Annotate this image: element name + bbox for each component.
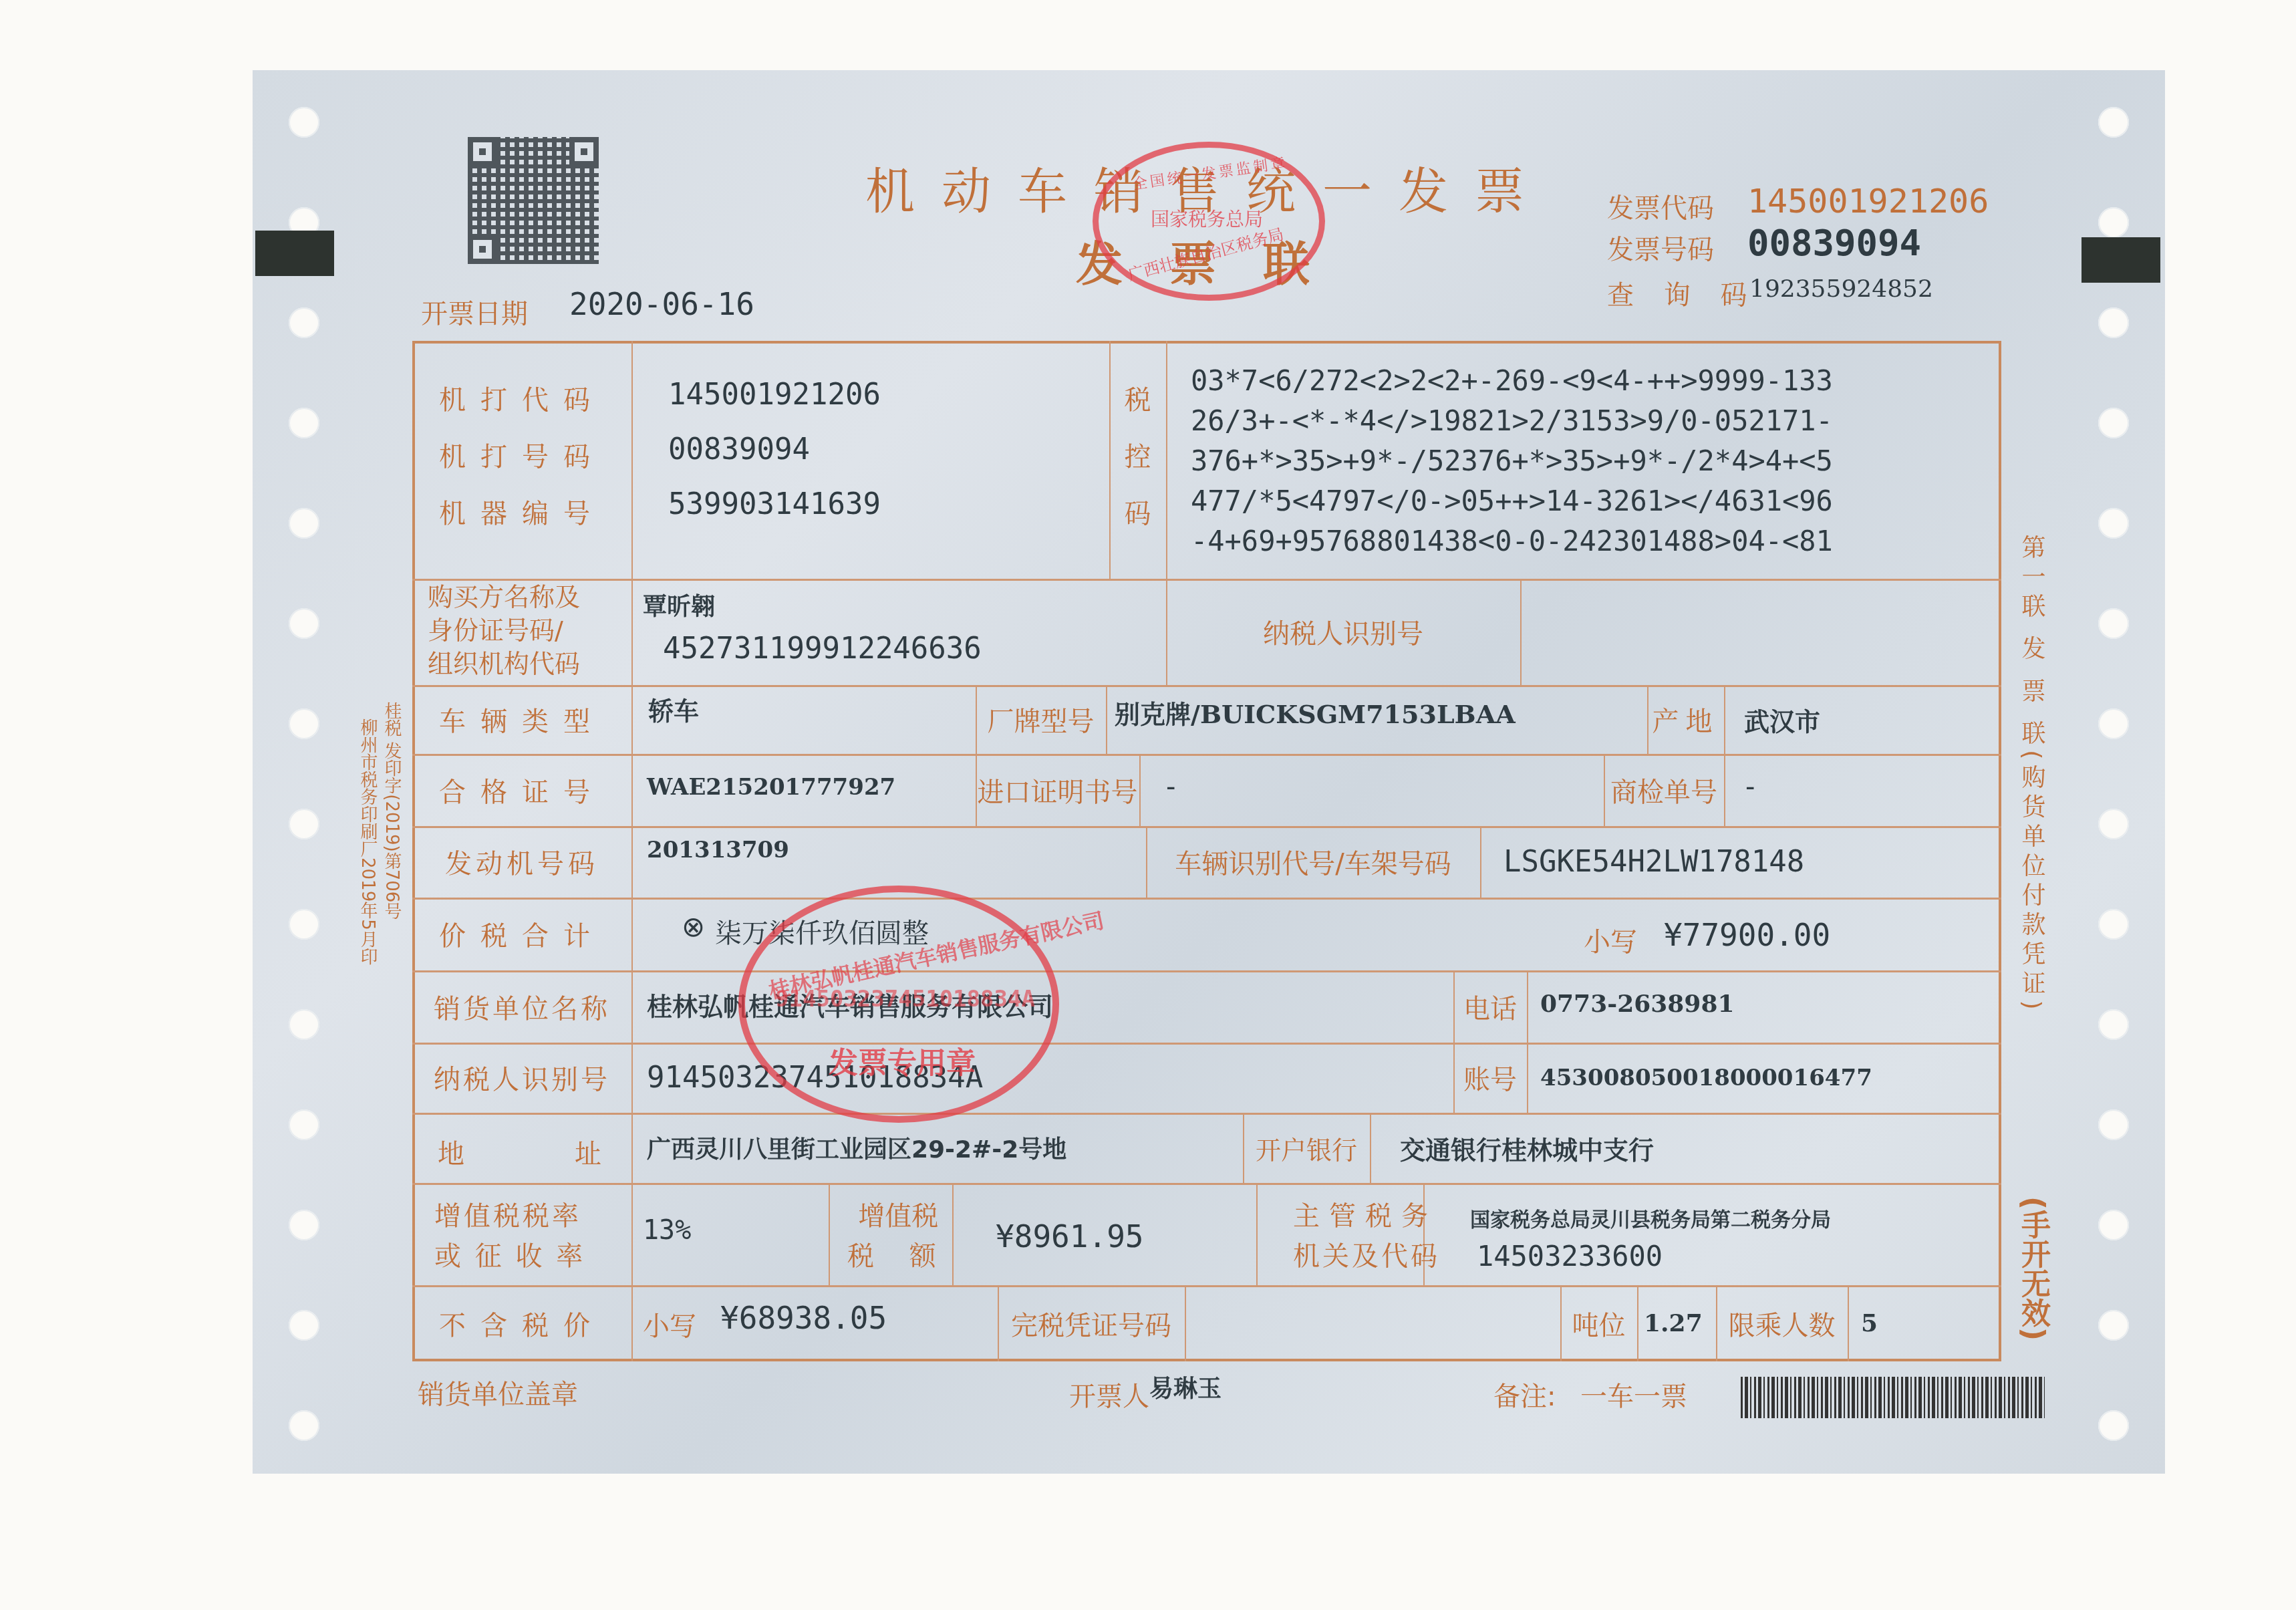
sprocket-hole [289,809,319,839]
copy-note: 第一联 发 票 联(购货单位付款凭证) [2015,535,2049,1015]
tax-control-label-2: 控 [1109,438,1166,471]
sprocket-hole [289,408,319,438]
table-grid-line [412,898,2001,900]
machine-number-label: 机打号码 [412,434,631,475]
table-grid-line [952,1183,954,1285]
origin-label: 产地 [1647,685,1724,754]
issue-date-label: 开票日期 [421,293,528,331]
sprocket-hole [2098,608,2129,639]
sprocket-hole [289,608,319,639]
tax-control-label-3: 码 [1109,495,1166,528]
sprocket-hole [289,708,319,739]
origin: 武汉市 [1744,685,1820,754]
printer-note-line1: 桂税 发印字(2019)第706号 [380,702,404,920]
buyer-name: 覃昕翱 [643,588,715,622]
sprocket-hole [2098,107,2129,138]
machine-code-label: 机打代码 [412,378,631,418]
sprocket-hole [289,1109,319,1140]
inspection-label: 商检单号 [1604,754,1724,826]
seller-taxpayer-id-label: 纳税人识别号 [412,1043,631,1113]
total-label: 价税合计 [412,898,631,970]
table-grid-line [1848,1285,1849,1361]
handwritten-invalid-note: (手开无效) [2011,1196,2054,1341]
seats-label: 限乘人数 [1716,1285,1848,1361]
vin-label: 车辆识别代号/车架号码 [1146,826,1480,898]
table-grid-line [1370,1113,1371,1183]
sprocket-hole [2098,307,2129,338]
table-grid-line [1256,1183,1258,1285]
import-cert-label: 进口证明书号 [976,754,1139,826]
sprocket-hole [2098,408,2129,438]
table-grid-line [1527,970,1528,1113]
seller-account: 453008050018000016477 [1540,1043,1872,1113]
brand-model-label: 厂牌型号 [976,685,1106,754]
seller-account-label: 账号 [1453,1043,1527,1113]
invoice-number: 00839094 [1747,222,1921,264]
sprocket-hole [289,307,319,338]
invoice-number-label: 发票号码 [1607,229,1714,267]
issue-date: 2020-06-16 [569,286,754,322]
buyer-id-number: 452731199912246636 [663,632,982,666]
tonnage: 1.27 [1644,1285,1703,1361]
sprocket-hole [2098,1109,2129,1140]
tax-control-code: 03*7<6/272<2>2<2+-269-<9<4-++>9999-133 2… [1191,361,1833,561]
table-grid-line [1106,685,1107,754]
duty-paid-label: 完税凭证号码 [998,1285,1185,1361]
bank: 交通银行桂林城中支行 [1400,1113,1654,1183]
sprocket-hole [2098,1310,2129,1341]
tax-authority: 国家税务总局灵川县税务局第二税务分局 [1470,1203,1831,1232]
vehicle-type: 轿车 [648,690,699,727]
sprocket-hole [289,508,319,539]
tax-rate-label: 增值税税率 或 征 收 率 [434,1196,585,1277]
sprocket-hole [289,107,319,138]
printer-note-line2: 柳州市税务印刷厂2019年5月印 [355,718,380,965]
pretax-lowercase-label: 小写 [643,1305,696,1343]
tax-rate: 13% [643,1215,691,1246]
table-grid-line [1480,826,1481,898]
table-grid-line [412,1183,2001,1185]
tax-authority-label: 主管税务 机关及代码 [1293,1196,1440,1277]
inspection: - [1745,754,1755,821]
table-grid-line [631,341,633,1361]
tax-control-label-1: 税 [1109,381,1166,414]
pretax-label: 不含税价 [412,1285,631,1361]
total-lowercase-label: 小写 [1584,921,1637,959]
seller-invoice-stamp: 桂林弘帆桂通汽车销售服务有限公司 914503237451018834A 发票专… [738,886,1059,1123]
sprocket-hole [289,1009,319,1040]
seller-phone-label: 电话 [1453,970,1527,1043]
tonnage-label: 吨位 [1560,1285,1637,1361]
query-code-label: 查 询 码 [1607,274,1757,312]
cert-label: 合格证号 [412,754,631,826]
machine-number: 00839094 [668,429,810,469]
invoice-code: 145001921206 [1747,182,1989,221]
address-label-left: 地 [438,1133,464,1171]
sprocket-hole [2098,708,2129,739]
tax-supervision-stamp: 全国统一发票监制章 国家税务总局 广西壮族自治区税务局 [1093,142,1325,301]
sprocket-hole [289,1410,319,1441]
pretax-value: ¥68938.05 [720,1300,887,1336]
sprocket-hole [2098,1210,2129,1240]
brand-model: 别克牌/BUICKSGM7153LBAA [1115,685,1516,739]
qr-code [468,137,599,264]
table-grid-line [829,1183,830,1285]
issuer-label: 开票人 [1069,1375,1149,1414]
remark: 一车一票 [1580,1375,1687,1414]
sprocket-hole [289,1310,319,1341]
machine-serial: 539903141639 [668,484,881,524]
query-code: 192355924852 [1749,275,1933,303]
remark-label: 备注: [1493,1375,1556,1414]
bank-label: 开户银行 [1243,1113,1370,1183]
tax-authority-code: 14503233600 [1477,1240,1663,1272]
vehicle-type-label: 车辆类型 [412,685,631,754]
left-feed-marker [255,231,334,276]
table-grid-line [1724,685,1725,826]
seller-name-label: 销货单位名称 [412,970,631,1043]
import-cert: - [1166,754,1175,821]
table-grid-line [1520,579,1522,685]
seats: 5 [1861,1285,1878,1361]
sprocket-hole [2098,207,2129,238]
issuer-name: 易琳玉 [1149,1370,1222,1404]
seller-phone: 0773-2638981 [1540,970,1734,1037]
sprocket-hole [2098,809,2129,839]
table-grid-line [1637,1285,1638,1361]
table-grid-line [1185,1285,1186,1361]
sprocket-hole [289,1210,319,1240]
tax-amount: ¥8961.95 [996,1218,1144,1254]
tax-amount-label: 增值税 税 额 [847,1196,950,1277]
address-label-right: 址 [575,1133,601,1171]
machine-code: 145001921206 [668,374,881,414]
sprocket-hole [289,909,319,940]
engine-label: 发动机号码 [412,826,631,898]
invoice-code-label: 发票代码 [1607,187,1714,225]
buyer-taxpayer-id-label: 纳税人识别号 [1166,579,1520,685]
sprocket-hole [2098,1410,2129,1441]
table-grid-line [1139,754,1141,826]
sprocket-hole [2098,909,2129,940]
barcode [1741,1377,2045,1418]
sprocket-hole [2098,508,2129,539]
seller-address: 广西灵川八里街工业园区29-2#-2号地 [647,1113,1066,1183]
sprocket-hole [2098,1009,2129,1040]
right-feed-marker [2082,237,2160,283]
engine-number: 201313709 [647,837,789,863]
total-lowercase: ¥77900.00 [1664,917,1830,953]
machine-serial-label: 机器编号 [412,491,631,531]
total-uppercase-symbol: ⊗ [682,910,705,943]
seller-seal-label: 销货单位盖章 [418,1373,578,1412]
vin: LSGKE54H2LW178148 [1503,826,1804,898]
buyer-label: 购买方名称及 身份证号码/ 组织机构代码 [428,580,580,680]
cert-number: WAE215201777927 [647,754,895,821]
